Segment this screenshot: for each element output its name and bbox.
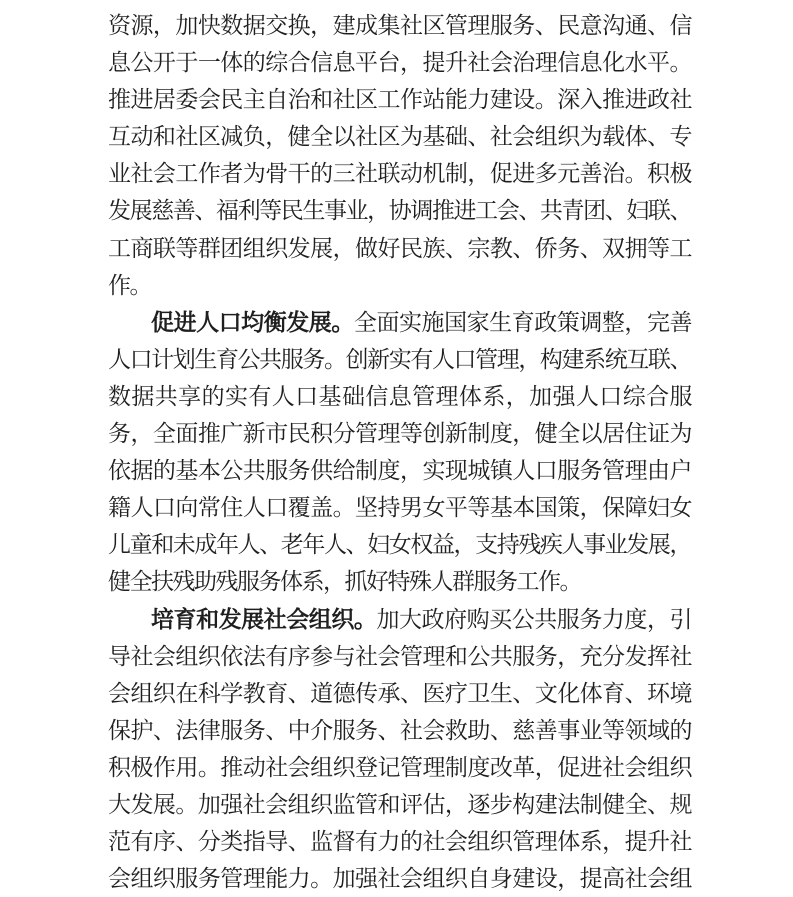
text-line-22: 大发展。加强社会组织监管和评估，逐步构建法制健全、规 bbox=[108, 786, 691, 823]
text-line-7: 工商联等群团组织发展，做好民族、宗教、侨务、双拥等工 bbox=[108, 230, 691, 267]
text-line-10: 人口计划生育公共服务。创新实有人口管理，构建系统互联、 bbox=[108, 341, 691, 378]
text-line-9: 促进人口均衡发展。全面实施国家生育政策调整，完善 bbox=[108, 304, 691, 341]
text-line-21: 积极作用。推动社会组织登记管理制度改革，促进社会组织 bbox=[108, 749, 691, 786]
text-line-1: 资源，加快数据交换，建成集社区管理服务、民意沟通、信 bbox=[108, 7, 691, 44]
document-page: 资源，加快数据交换，建成集社区管理服务、民意沟通、信息公开于一体的综合信息平台，… bbox=[0, 0, 793, 897]
text-line-12: 务，全面推广新市民积分管理等创新制度，健全以居住证为 bbox=[108, 415, 691, 452]
paragraph-lead: 促进人口均衡发展。 bbox=[151, 310, 354, 335]
text-line-15: 儿童和未成年人、老年人、妇女权益，支持残疾人事业发展， bbox=[108, 526, 691, 563]
text-line-23: 范有序、分类指导、监督有力的社会组织管理体系，提升社 bbox=[108, 823, 691, 860]
text-line-20: 保护、法律服务、中介服务、社会救助、慈善事业等领域的 bbox=[108, 712, 691, 749]
text-line-3: 推进居委会民主自治和社区工作站能力建设。深入推进政社 bbox=[108, 81, 691, 118]
text-line-2: 息公开于一体的综合信息平台，提升社会治理信息化水平。 bbox=[108, 44, 691, 81]
text-line-24: 会组织服务管理能力。加强社会组织自身建设，提高社会组 bbox=[108, 860, 691, 897]
text-line-13: 依据的基本公共服务供给制度，实现城镇人口服务管理由户 bbox=[108, 452, 691, 489]
document-text-block: 资源，加快数据交换，建成集社区管理服务、民意沟通、信息公开于一体的综合信息平台，… bbox=[108, 7, 691, 897]
text-line-5: 业社会工作者为骨干的三社联动机制，促进多元善治。积极 bbox=[108, 155, 691, 192]
text-line-17: 培育和发展社会组织。加大政府购买公共服务力度，引 bbox=[108, 601, 691, 638]
text-line-11: 数据共享的实有人口基础信息管理体系，加强人口综合服 bbox=[108, 378, 691, 415]
text-line-16: 健全扶残助残服务体系，抓好特殊人群服务工作。 bbox=[108, 563, 691, 600]
text-line-18: 导社会组织依法有序参与社会管理和公共服务，充分发挥社 bbox=[108, 638, 691, 675]
text-line-8: 作。 bbox=[108, 267, 691, 304]
text-line-4: 互动和社区减负，健全以社区为基础、社会组织为载体、专 bbox=[108, 118, 691, 155]
text-line-14: 籍人口向常住人口覆盖。坚持男女平等基本国策，保障妇女 bbox=[108, 489, 691, 526]
text-line-6: 发展慈善、福利等民生事业，协调推进工会、共青团、妇联、 bbox=[108, 192, 691, 229]
paragraph-lead: 培育和发展社会组织。 bbox=[151, 607, 376, 632]
text-line-19: 会组织在科学教育、道德传承、医疗卫生、文化体育、环境 bbox=[108, 675, 691, 712]
